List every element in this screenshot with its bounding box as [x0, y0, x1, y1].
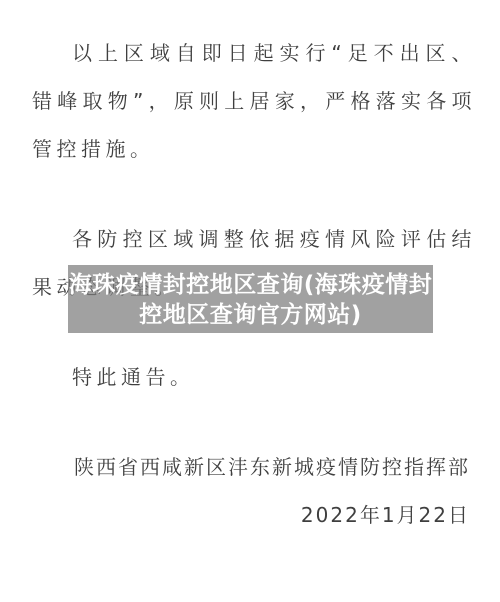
- watermark-title-line1: 海珠疫情封控地区查询(海珠疫情封: [68, 270, 433, 300]
- watermark-title-overlay: 海珠疫情封控地区查询(海珠疫情封 控地区查询官方网站): [68, 265, 433, 333]
- notice-closing-line: 特此通告。: [32, 353, 476, 401]
- notice-date: 2022年1月22日: [32, 491, 476, 539]
- notice-page: 以上区域自即日起实行“足不出区、错峰取物”，原则上居家，严格落实各项管控措施。 …: [0, 0, 500, 602]
- notice-signature: 陕西省西咸新区沣东新城疫情防控指挥部: [32, 443, 476, 491]
- notice-paragraph-measures: 以上区域自即日起实行“足不出区、错峰取物”，原则上居家，严格落实各项管控措施。: [32, 29, 476, 173]
- watermark-title-line2: 控地区查询官方网站): [68, 300, 433, 330]
